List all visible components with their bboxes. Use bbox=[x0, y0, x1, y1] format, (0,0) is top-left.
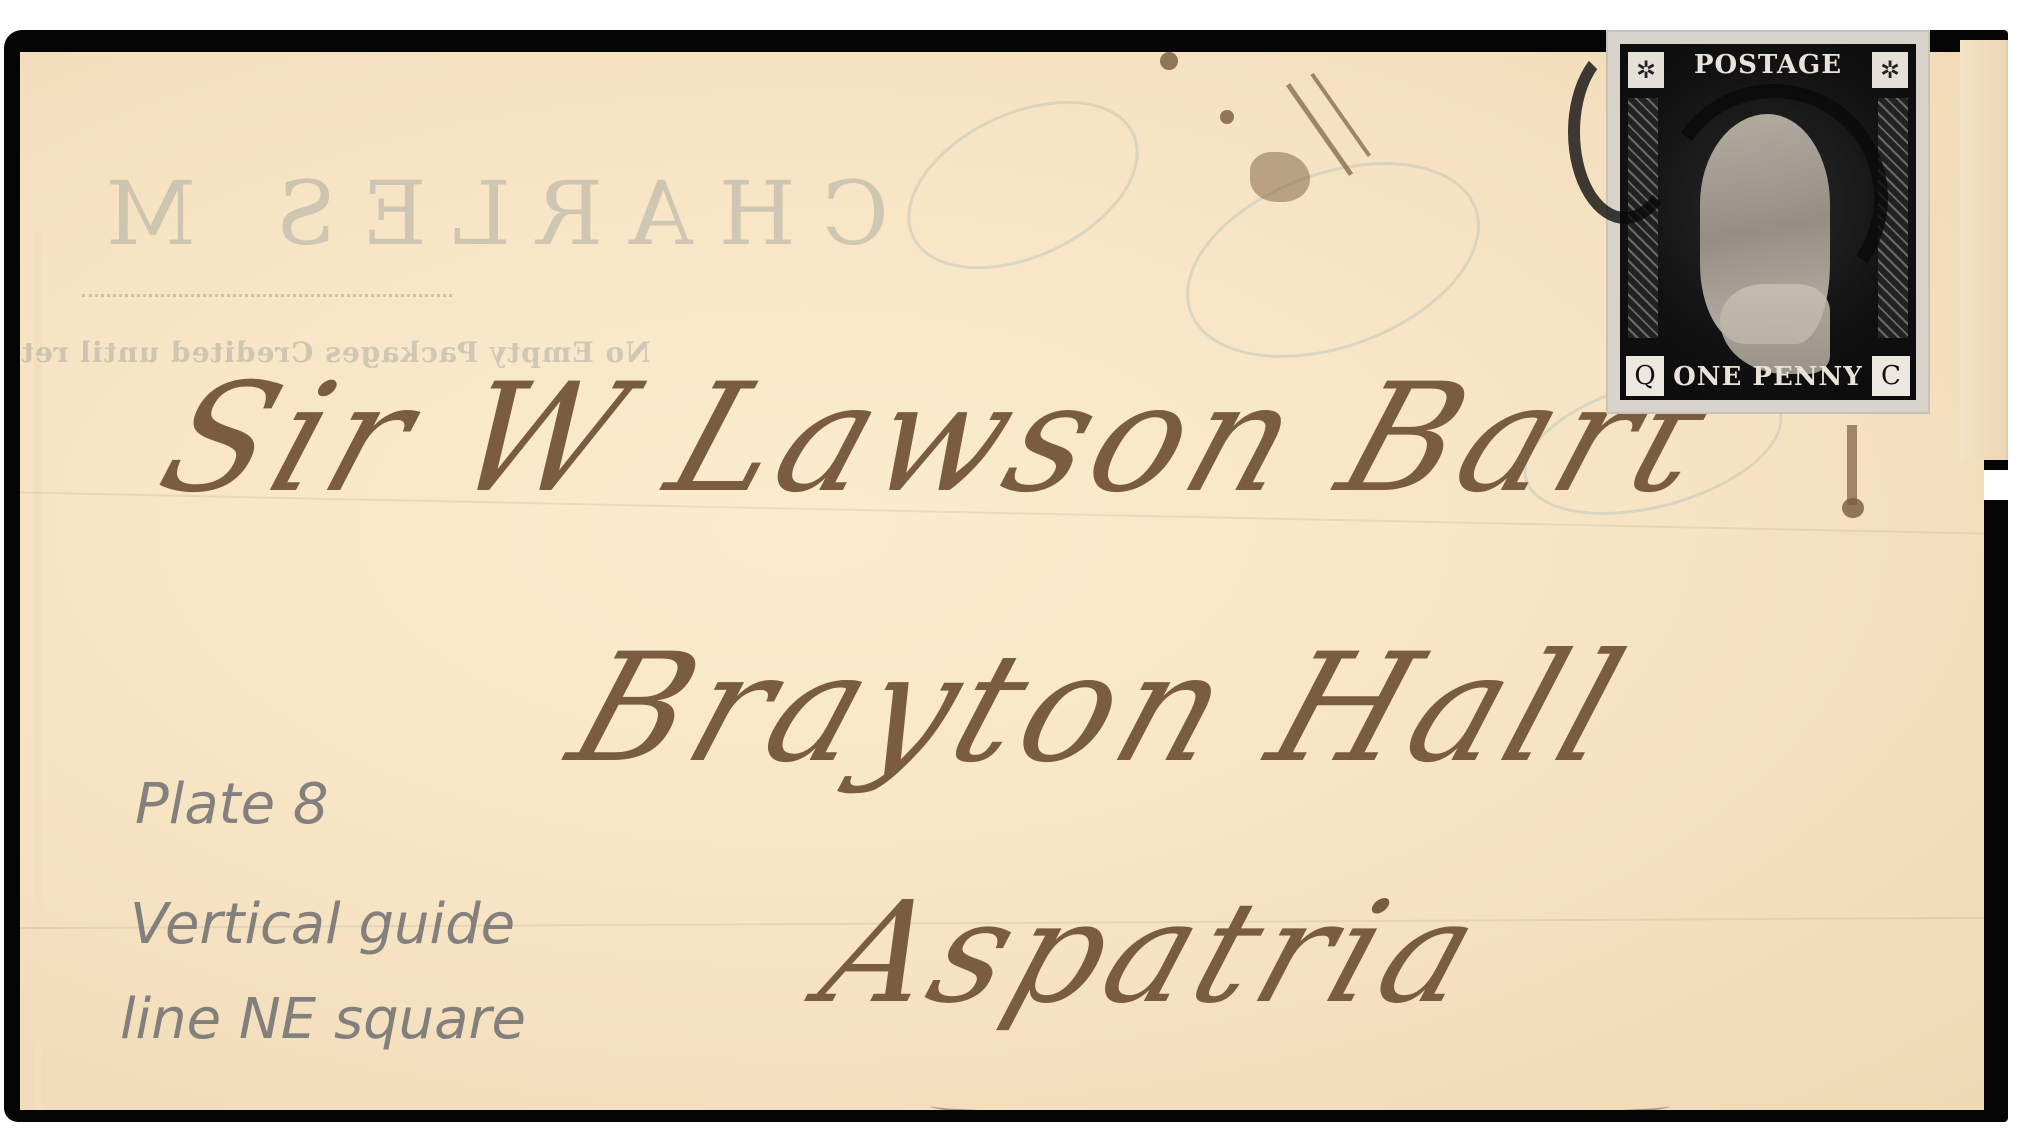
showthrough-print-title: CHARLES M bbox=[80, 162, 889, 265]
ink-blot bbox=[1160, 52, 1178, 70]
stamp-value-tablet: Q ONE PENNY C bbox=[1620, 352, 1916, 400]
stamp-top-label: POSTAGE bbox=[1678, 50, 1858, 80]
star-ornament-icon: ✲ bbox=[1872, 52, 1908, 88]
address-line-1: Sir W Lawson Bart bbox=[142, 352, 1733, 526]
paper-fold-edge bbox=[1960, 40, 2008, 460]
showthrough-rule bbox=[82, 294, 452, 297]
ink-bleed bbox=[881, 67, 1166, 303]
stamp-corner-letter-right: C bbox=[1872, 356, 1910, 396]
ink-stroke bbox=[1847, 425, 1857, 505]
stamp-corner-letter-left: Q bbox=[1626, 356, 1664, 396]
pencil-note-guide: Vertical guide bbox=[130, 892, 515, 957]
pencil-note-plate: Plate 8 bbox=[135, 772, 328, 837]
stamp-value-label: ONE PENNY bbox=[1668, 362, 1868, 392]
ink-stroke bbox=[1310, 73, 1371, 157]
maltese-cross-cancel bbox=[1642, 66, 1906, 330]
address-underline bbox=[930, 1092, 1670, 1110]
mount-notch bbox=[1984, 470, 2020, 500]
cancel-arc bbox=[1568, 40, 1682, 224]
address-line-2: Brayton Hall bbox=[552, 622, 1648, 796]
ink-blot bbox=[1250, 152, 1310, 202]
address-line-3: Aspatria bbox=[804, 872, 1502, 1035]
pencil-note-square: line NE square bbox=[120, 987, 526, 1052]
ink-blot bbox=[1220, 110, 1234, 124]
